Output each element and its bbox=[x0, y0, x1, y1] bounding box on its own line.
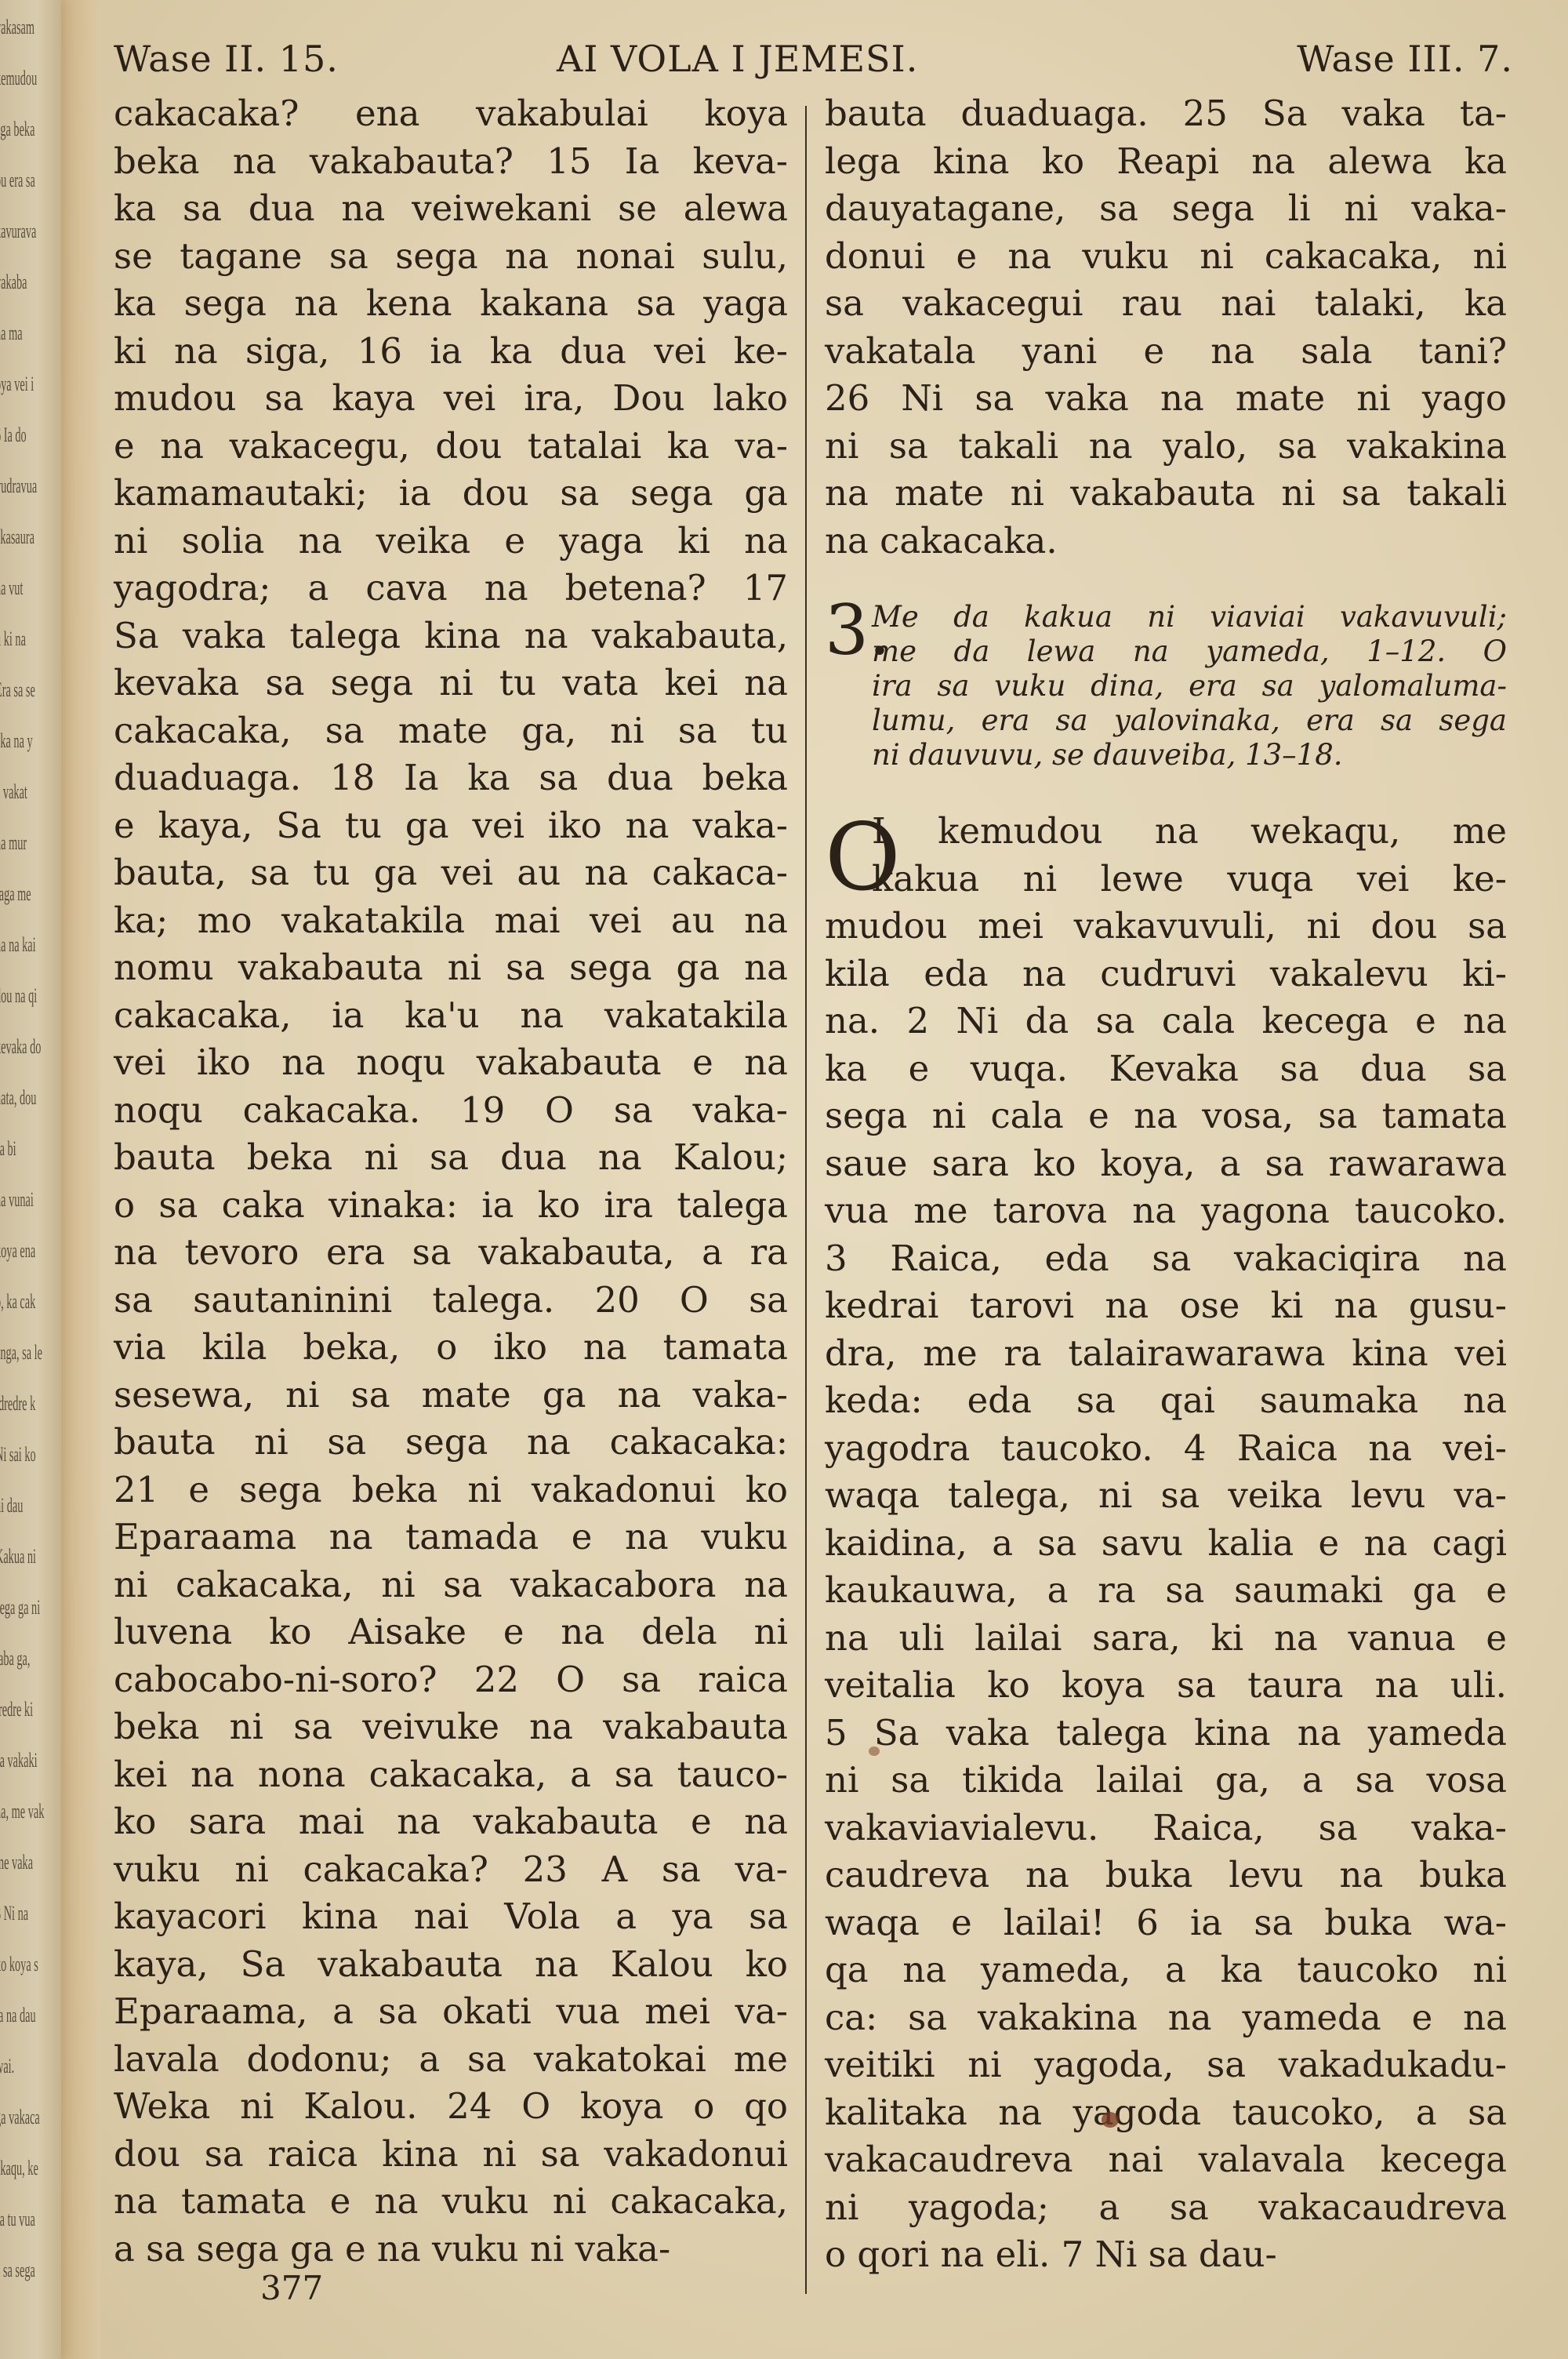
adjacent-page-fragment: a vakat bbox=[0, 780, 27, 804]
text-line: o qori na eli. 7 Ni sa dau- bbox=[825, 2231, 1507, 2279]
adjacent-page-fragment: koya ena bbox=[0, 1239, 35, 1263]
text-line: ka; mo vakatakila mai vei au na bbox=[114, 897, 788, 945]
text-line: sa vakacegui rau nai talaki, ka bbox=[825, 280, 1507, 328]
text-line: Me da kakua ni viaviai vakavuvuli; bbox=[825, 600, 1507, 634]
text-line: donui e na vuku ni cakacaka, ni bbox=[825, 233, 1507, 281]
text-line: waqa talega, ni sa veika levu va- bbox=[825, 1472, 1507, 1520]
text-line: bauta beka ni sa dua na Kalou; bbox=[114, 1134, 788, 1182]
text-line: dra, me ra talairawarawa kina vei bbox=[825, 1330, 1507, 1378]
text-line: lumu, era sa yalovinaka, era sa sega bbox=[825, 703, 1507, 738]
adjacent-page-fragment: vudravua bbox=[0, 474, 37, 498]
text-line: cakacaka? ena vakabulai koya bbox=[114, 90, 788, 138]
text-line: kila eda na cudruvi vakalevu ki- bbox=[825, 951, 1507, 998]
adjacent-page-fragment: vakaba bbox=[0, 271, 27, 294]
text-line: vuku ni cakacaka? 23 A sa va- bbox=[114, 1846, 788, 1894]
text-line: me da lewa na yameda, 1–12. O bbox=[825, 634, 1507, 669]
running-head-left: Wase II. 15. bbox=[114, 38, 339, 80]
text-line: via kila beka, o iko na tamata bbox=[114, 1324, 788, 1372]
adjacent-page-fragment: Kakua ni bbox=[0, 1545, 36, 1568]
adjacent-page-fragment: dou na qi bbox=[0, 984, 37, 1008]
text-line: Weka ni Kalou. 24 O koya o qo bbox=[114, 2083, 788, 2131]
text-line: luvena ko Aisake e na dela ni bbox=[114, 1608, 788, 1656]
text-line: beka na vakabauta? 15 Ia keva- bbox=[114, 138, 788, 186]
text-line: yagodra; a cava na betena? 17 bbox=[114, 565, 788, 612]
adjacent-page-fragment: kevaka do bbox=[0, 1035, 41, 1059]
text-line: kakua ni lewe vuqa vei ke- bbox=[825, 856, 1507, 903]
text-line: na mate ni vakabauta ni sa takali bbox=[825, 470, 1507, 518]
text-line: ni sa takali na yalo, sa vakakina bbox=[825, 423, 1507, 471]
text-line: ki na siga, 16 ia ka dua vei ke- bbox=[114, 328, 788, 376]
adjacent-page-fragment: a sa sega bbox=[0, 2259, 35, 2282]
text-line: kei na nona cakacaka, a sa tauco- bbox=[114, 1751, 788, 1799]
text-line: na cakacaka. bbox=[825, 518, 1507, 565]
text-line: ni solia na veika e yaga ki na bbox=[114, 518, 788, 565]
adjacent-page-fragment: nata, dou bbox=[0, 1086, 36, 1110]
text-line: yagodra taucoko. 4 Raica na vei- bbox=[825, 1425, 1507, 1473]
text-line: vakatala yani e na sala tani? bbox=[825, 328, 1507, 376]
text-line: saue sara ko koya, a sa rawarawa bbox=[825, 1140, 1507, 1188]
text-line: o sa caka vinaka: ia ko ira talega bbox=[114, 1182, 788, 1230]
adjacent-page-fragment: idredre k bbox=[0, 1392, 35, 1416]
text-line: kaya, Sa vakabauta na Kalou ko bbox=[114, 1941, 788, 1989]
adjacent-page-fragment: sa vakaki bbox=[0, 1749, 38, 1772]
ink-stain bbox=[869, 1747, 880, 1756]
text-line: dou sa raica kina ni sa vakadonui bbox=[114, 2131, 788, 2179]
text-line: cakacaka, sa mate ga, ni sa tu bbox=[114, 707, 788, 755]
right-column-top-text: bauta duaduaga. 25 Sa vaka ta-lega kina … bbox=[825, 90, 1507, 565]
adjacent-page-fragment: me vaka bbox=[0, 1851, 33, 1874]
page-gutter-shadow bbox=[61, 0, 100, 2359]
text-line: beka ni sa veivuke na vakabauta bbox=[114, 1703, 788, 1751]
adjacent-page-fragment: u ki na bbox=[0, 627, 26, 651]
adjacent-page-fragment: akasaura bbox=[0, 525, 34, 549]
text-line: ca: sa vakakina na yameda e na bbox=[825, 1994, 1507, 2042]
text-line: ni yagoda; a sa vakacaudreva bbox=[825, 2184, 1507, 2232]
text-line: ni sa tikida lailai ga, a sa vosa bbox=[825, 1757, 1507, 1805]
text-line: 26 Ni sa vaka na mate ni yago bbox=[825, 375, 1507, 423]
drop-cap: O bbox=[825, 811, 901, 903]
text-line: kayacori kina nai Vola a ya sa bbox=[114, 1893, 788, 1941]
adjacent-page-fragment: 3 Ni na bbox=[0, 1902, 28, 1925]
adjacent-page-fragment: na mur bbox=[0, 831, 27, 855]
adjacent-page-fragment: ou era sa bbox=[0, 169, 35, 192]
text-line: veitiki ni yagoda, sa vakadukadu- bbox=[825, 2041, 1507, 2089]
text-line: ka sega na kena kakana sa yaga bbox=[114, 280, 788, 328]
text-line: sa sautaninini talega. 20 O sa bbox=[114, 1277, 788, 1325]
text-line: ni cakacaka, ni sa vakacabora na bbox=[114, 1561, 788, 1609]
running-head-title: AI VOLA I JEMESI. bbox=[557, 38, 918, 80]
text-line: caudreva na buka levu na buka bbox=[825, 1852, 1507, 1899]
text-line: vakaviavialevu. Raica, sa vaka- bbox=[825, 1805, 1507, 1852]
text-line: bauta ni sa sega na cakacaka: bbox=[114, 1419, 788, 1467]
text-line: ira sa vuku dina, era sa yalomaluma- bbox=[825, 669, 1507, 703]
text-line: bauta, sa tu ga vei au na cakaca- bbox=[114, 849, 788, 897]
adjacent-page-fragment: lredre ki bbox=[0, 1698, 33, 1721]
ink-stain bbox=[1102, 2112, 1119, 2128]
text-line: sesewa, ni sa mate ga na vaka- bbox=[114, 1372, 788, 1419]
text-line: Eparaama, a sa okati vua mei va- bbox=[114, 1988, 788, 2036]
text-line: duaduaga. 18 Ia ka sa dua beka bbox=[114, 754, 788, 802]
text-line: kalitaka na yagoda taucoko, a sa bbox=[825, 2089, 1507, 2137]
text-line: keda: eda sa qai saumaka na bbox=[825, 1377, 1507, 1425]
text-line: bauta duaduaga. 25 Sa vaka ta- bbox=[825, 90, 1507, 138]
text-line: ka e vuqa. Kevaka sa dua sa bbox=[825, 1045, 1507, 1093]
text-line: 21 e sega beka ni vakadonui ko bbox=[114, 1467, 788, 1514]
text-line: vakacaudreva nai valavala kecega bbox=[825, 2136, 1507, 2184]
adjacent-page-fragment: ega beka bbox=[0, 118, 34, 141]
page-number: 377 bbox=[260, 2269, 323, 2307]
adjacent-page-fragment: na, me vak bbox=[0, 1800, 44, 1823]
text-line: a sa sega ga e na vuku ni vaka- bbox=[114, 2226, 788, 2274]
adjacent-page-fragment: Ni sai ko bbox=[0, 1443, 36, 1467]
text-line: vua me tarova na yagona taucoko. bbox=[825, 1187, 1507, 1235]
adjacent-page-edge: vakasamkemudouega bekaou era sakavuravav… bbox=[0, 0, 61, 2359]
adjacent-page-fragment: sa bi bbox=[0, 1137, 16, 1161]
chapter-summary: 3. Me da kakua ni viaviai vakavuvuli;me … bbox=[825, 600, 1507, 772]
text-line: cabocabo-ni-soro? 22 O sa raica bbox=[114, 1656, 788, 1704]
chapter-body-text: O I kemudou na wekaqu, mekakua ni lewe v… bbox=[825, 808, 1507, 2279]
text-line: nomu vakabauta ni sa sega ga na bbox=[114, 944, 788, 992]
adjacent-page-fragment: ekaqu, ke bbox=[0, 2157, 38, 2180]
text-line: waqa e lailai! 6 ia sa buka wa- bbox=[825, 1899, 1507, 1947]
adjacent-page-fragment: kavurava bbox=[0, 220, 36, 243]
adjacent-page-fragment: ko koya s bbox=[0, 1953, 38, 1976]
text-line: e kaya, Sa tu ga vei iko na vaka- bbox=[114, 802, 788, 850]
adjacent-page-fragment: kemudou bbox=[0, 67, 37, 90]
adjacent-page-fragment: na ma bbox=[0, 322, 23, 345]
text-line: kaidina, a sa savu kalia e na cagi bbox=[825, 1520, 1507, 1568]
text-line: cakacaka, ia ka'u na vakatakila bbox=[114, 992, 788, 1040]
adjacent-page-fragment: wai. bbox=[0, 2055, 14, 2078]
text-line: e na vakacegu, dou tatalai ka va- bbox=[114, 423, 788, 471]
text-line: Eparaama na tamada e na vuku bbox=[114, 1514, 788, 1561]
text-line: na uli lailai sara, ki na vanua e bbox=[825, 1615, 1507, 1663]
adjacent-page-fragment: vakasam bbox=[0, 16, 34, 39]
chapter-number: 3. bbox=[825, 595, 891, 666]
text-line: qa na yameda, a ka taucoko ni bbox=[825, 1946, 1507, 1994]
text-line: ka sa dua na veiwekani se alewa bbox=[114, 185, 788, 233]
text-line: na tevoro era sa vakabauta, a ra bbox=[114, 1229, 788, 1277]
text-line: 5 Sa vaka talega kina na yameda bbox=[825, 1710, 1507, 1757]
text-line: na. 2 Ni da sa cala kecega e na bbox=[825, 998, 1507, 1045]
adjacent-page-fragment: ia na dau bbox=[0, 2004, 36, 2027]
text-line: I kemudou na wekaqu, me bbox=[825, 808, 1507, 856]
text-line: mudou mei vakavuvuli, ni dou sa bbox=[825, 903, 1507, 951]
left-column-text: cakacaka? ena vakabulai koyabeka na vaka… bbox=[114, 90, 788, 2273]
running-head: Wase II. 15. AI VOLA I JEMESI. Wase III.… bbox=[114, 38, 1513, 85]
text-line: mudou sa kaya vei ira, Dou lako bbox=[114, 375, 788, 423]
text-line: lavala dodonu; a sa vakatokai me bbox=[114, 2036, 788, 2084]
adjacent-page-fragment: sa tu vua bbox=[0, 2208, 35, 2231]
adjacent-page-fragment: oya vei i bbox=[0, 373, 34, 396]
text-line: 3 Raica, eda sa vakaciqira na bbox=[825, 1235, 1507, 1283]
text-line: vei iko na noqu vakabauta e na bbox=[114, 1039, 788, 1087]
text-line: ko sara mai na vakabauta e na bbox=[114, 1798, 788, 1846]
adjacent-page-fragment: Era sa se bbox=[0, 678, 35, 702]
adjacent-page-fragment: ga vakaca bbox=[0, 2106, 40, 2129]
adjacent-page-fragment: anga, sa le bbox=[0, 1341, 42, 1365]
adjacent-page-fragment: ni dau bbox=[0, 1494, 23, 1518]
adjacent-page-fragment: laba ga, bbox=[0, 1647, 30, 1670]
text-line: veitalia ko koya sa taura na uli. bbox=[825, 1662, 1507, 1710]
adjacent-page-fragment: 6 Ia do bbox=[0, 423, 27, 447]
text-line: dauyatagane, sa sega li ni vaka- bbox=[825, 185, 1507, 233]
column-rule bbox=[805, 106, 807, 2294]
adjacent-page-fragment: o, ka cak bbox=[0, 1290, 35, 1314]
text-line: kedrai tarovi na ose ki na gusu- bbox=[825, 1282, 1507, 1330]
text-line: ni dauvuvu, se dauveiba, 13–18. bbox=[825, 738, 1507, 772]
adjacent-page-fragment: na vunai bbox=[0, 1188, 34, 1212]
adjacent-page-fragment: na na kai bbox=[0, 933, 36, 957]
text-line: Sa vaka talega kina na vakabauta, bbox=[114, 612, 788, 660]
text-line: noqu cakacaka. 19 O sa vaka- bbox=[114, 1087, 788, 1135]
adjacent-page-fragment: sega ga ni bbox=[0, 1596, 40, 1619]
text-line: se tagane sa sega na nonai sulu, bbox=[114, 233, 788, 281]
adjacent-page-fragment: aka na y bbox=[0, 729, 33, 753]
running-head-right: Wase III. 7. bbox=[1297, 38, 1513, 80]
text-line: kaukauwa, a ra sa saumaki ga e bbox=[825, 1567, 1507, 1615]
text-line: lega kina ko Reapi na alewa ka bbox=[825, 138, 1507, 186]
text-line: na tamata e na vuku ni cakacaka, bbox=[114, 2178, 788, 2226]
text-line: kevaka sa sega ni tu vata kei na bbox=[114, 660, 788, 707]
text-line: kamamautaki; ia dou sa sega ga bbox=[114, 470, 788, 518]
adjacent-page-fragment: raga me bbox=[0, 882, 31, 906]
adjacent-page-fragment: na vut bbox=[0, 576, 23, 600]
text-line: sega ni cala e na vosa, sa tamata bbox=[825, 1092, 1507, 1140]
